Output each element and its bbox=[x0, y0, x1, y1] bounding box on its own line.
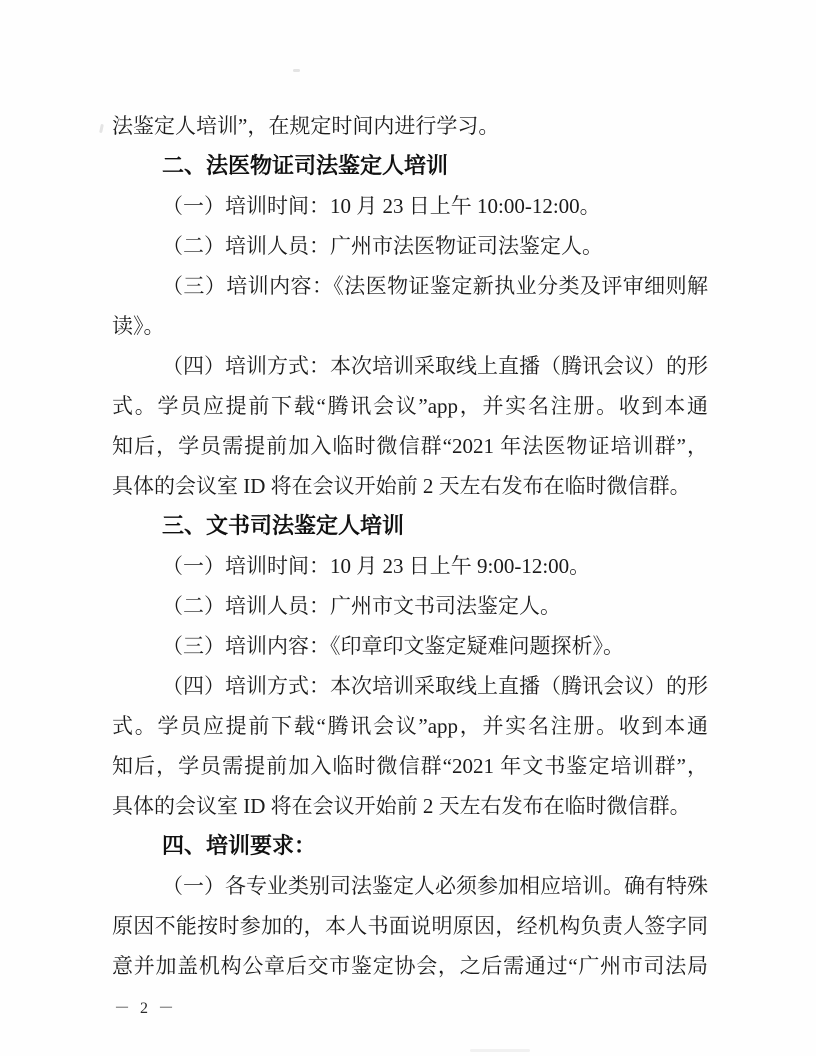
doc-line: 知后，学员需提前加入临时微信群“2021 年法医物证培训群”， bbox=[112, 426, 708, 466]
doc-line: （一）各专业类别司法鉴定人必须参加相应培训。确有特殊 bbox=[112, 866, 708, 906]
doc-line: （四）培训方式：本次培训采取线上直播（腾讯会议）的形 bbox=[112, 666, 708, 706]
page-number: － 2 － bbox=[114, 995, 177, 1018]
scan-artifact bbox=[293, 69, 300, 72]
scan-artifact bbox=[470, 1049, 530, 1052]
doc-line: 式。学员应提前下载“腾讯会议”app，并实名注册。收到本通 bbox=[112, 706, 708, 746]
section-heading-2: 二、法医物证司法鉴定人培训 bbox=[112, 146, 708, 186]
section-heading-4: 四、培训要求： bbox=[112, 826, 708, 866]
doc-line: （二）培训人员：广州市文书司法鉴定人。 bbox=[112, 586, 708, 626]
scanned-document-page: 法鉴定人培训”，在规定时间内进行学习。 二、法医物证司法鉴定人培训 （一）培训时… bbox=[0, 0, 816, 1056]
doc-line: （三）培训内容：《法医物证鉴定新执业分类及评审细则解 bbox=[112, 266, 708, 306]
doc-line: 具体的会议室 ID 将在会议开始前 2 天左右发布在临时微信群。 bbox=[112, 466, 708, 506]
doc-line: 式。学员应提前下载“腾讯会议”app，并实名注册。收到本通 bbox=[112, 386, 708, 426]
doc-line: 意并加盖机构公章后交市鉴定协会，之后需通过“广州市司法局 bbox=[112, 946, 708, 986]
doc-line: （一）培训时间：10 月 23 日上午 10:00-12:00。 bbox=[112, 186, 708, 226]
doc-line: 原因不能按时参加的，本人书面说明原因，经机构负责人签字同 bbox=[112, 906, 708, 946]
doc-line: 具体的会议室 ID 将在会议开始前 2 天左右发布在临时微信群。 bbox=[112, 786, 708, 826]
doc-line: （二）培训人员：广州市法医物证司法鉴定人。 bbox=[112, 226, 708, 266]
doc-line: （四）培训方式：本次培训采取线上直播（腾讯会议）的形 bbox=[112, 346, 708, 386]
paragraph-continuation-line: 法鉴定人培训”，在规定时间内进行学习。 bbox=[112, 106, 708, 146]
doc-line: （一）培训时间：10 月 23 日上午 9:00-12:00。 bbox=[112, 546, 708, 586]
section-heading-3: 三、文书司法鉴定人培训 bbox=[112, 506, 708, 546]
doc-line: （三）培训内容：《印章印文鉴定疑难问题探析》。 bbox=[112, 626, 708, 666]
doc-line: 知后，学员需提前加入临时微信群“2021 年文书鉴定培训群”， bbox=[112, 746, 708, 786]
doc-line: 读》。 bbox=[112, 306, 708, 346]
document-body: 法鉴定人培训”，在规定时间内进行学习。 二、法医物证司法鉴定人培训 （一）培训时… bbox=[112, 106, 708, 986]
scan-artifact bbox=[99, 124, 104, 133]
